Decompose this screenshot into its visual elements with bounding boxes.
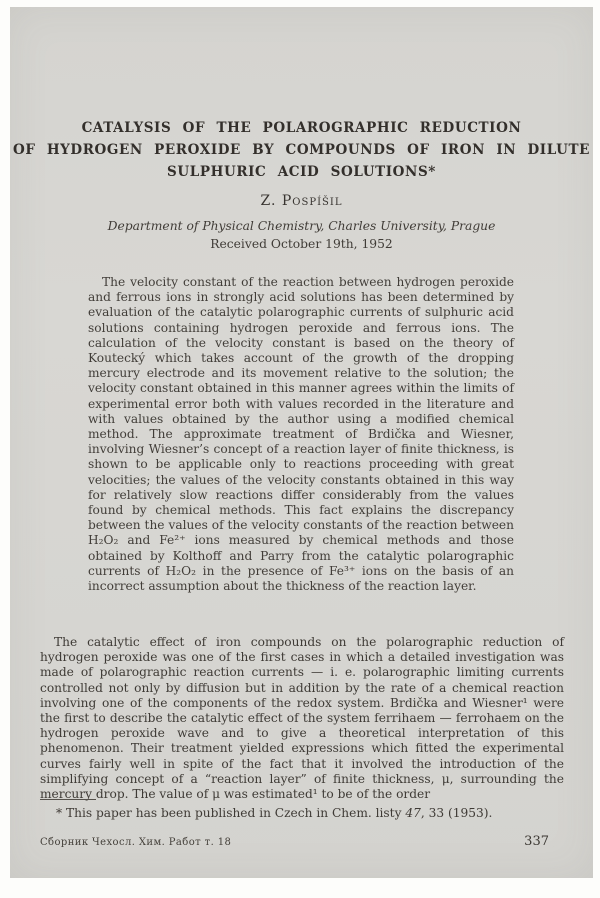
abstract-text: The velocity constant of the reaction be… — [88, 275, 514, 594]
body-paragraph: The catalytic effect of iron compounds o… — [40, 635, 564, 802]
abstract-section: The velocity constant of the reaction be… — [88, 275, 514, 594]
footnote-text: This paper has been published in Czech i… — [62, 806, 405, 820]
title-line-3: SULPHURIC ACID SOLUTIONS* — [10, 161, 593, 183]
page-footer: Сборник Чехосл. Хим. Работ т. 18 337 — [40, 834, 549, 849]
footnote-volume: 47 — [405, 806, 421, 820]
page-number: 337 — [524, 834, 549, 849]
footnote-citation: , 33 (1953). — [421, 806, 493, 820]
body-section: The catalytic effect of iron compounds o… — [40, 635, 564, 802]
title-line-2: OF HYDROGEN PEROXIDE BY COMPOUNDS OF IRO… — [10, 139, 593, 161]
author-name: Z. Pospíšil — [10, 193, 593, 209]
journal-imprint: Сборник Чехосл. Хим. Работ т. 18 — [40, 837, 231, 848]
title-line-1: CATALYSIS OF THE POLAROGRAPHIC REDUCTION — [10, 117, 593, 139]
footnote-rule — [40, 799, 96, 800]
received-date: Received October 19th, 1952 — [10, 237, 593, 251]
footnote: * This paper has been published in Czech… — [40, 806, 510, 820]
author-affiliation: Department of Physical Chemistry, Charle… — [10, 219, 593, 233]
scanned-page: CATALYSIS OF THE POLAROGRAPHIC REDUCTION… — [10, 7, 593, 878]
paper-title: CATALYSIS OF THE POLAROGRAPHIC REDUCTION… — [10, 117, 593, 183]
